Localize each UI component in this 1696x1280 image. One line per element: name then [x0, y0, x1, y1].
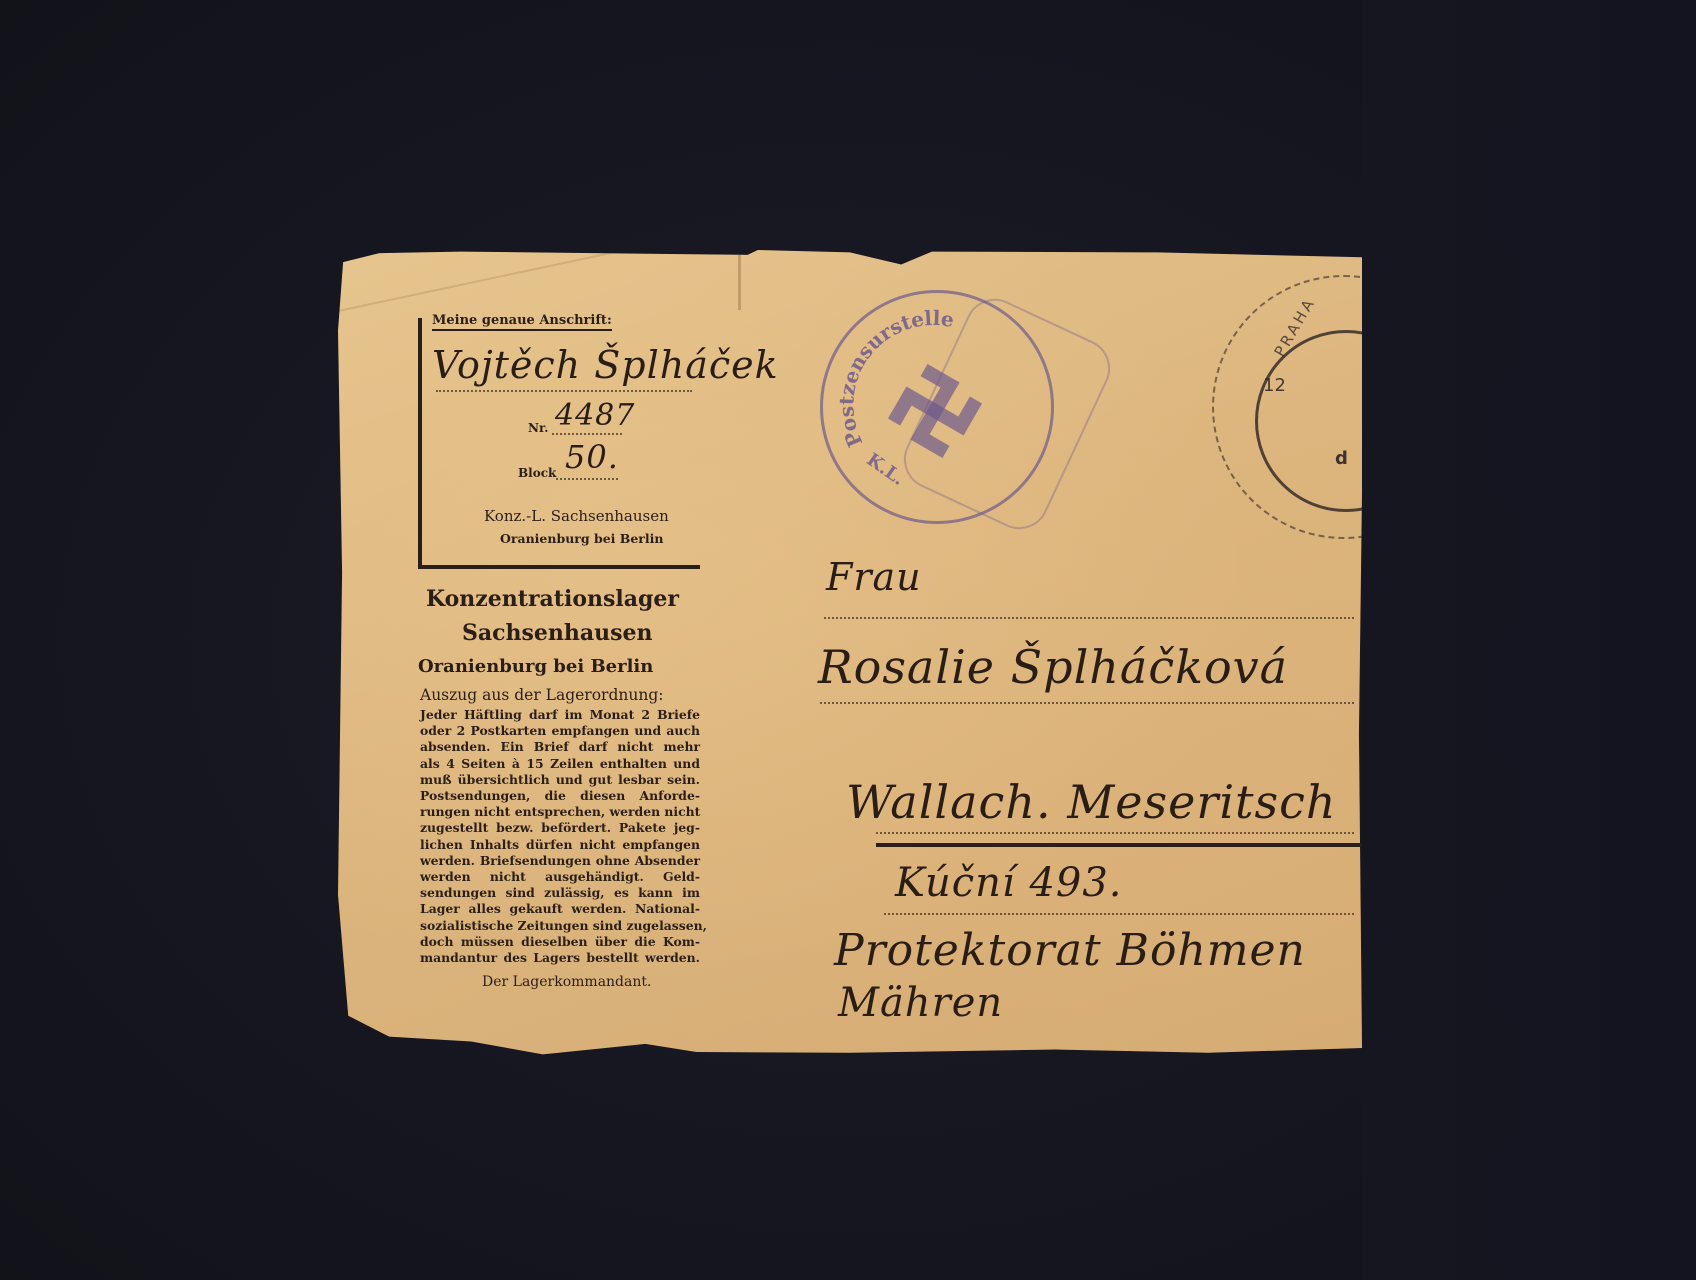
rules-text: Jeder Häftling darf im Monat 2 Briefeode…: [420, 707, 700, 966]
rules-line: werden nicht ausgehändigt. Geld-: [420, 869, 700, 885]
sender-name: Vojtěch Šplháček: [432, 343, 779, 387]
rules-line: Postsendungen, die diesen Anforde-: [420, 788, 700, 804]
rules-line: lichen Inhalts dürfen nicht empfangen: [420, 837, 700, 853]
rules-line: sendungen sind zulässig, es kann im: [420, 885, 700, 901]
rules-line: oder 2 Postkarten empfangen und auch: [420, 723, 700, 739]
paper-crease: [338, 248, 632, 312]
address-line-1: [824, 617, 1354, 619]
nr-label: Nr.: [528, 421, 548, 435]
block-value: 50.: [565, 438, 619, 476]
recipient-region-line2: Mähren: [838, 980, 1003, 1026]
town-underline-rule: [876, 843, 1362, 847]
nr-line: [552, 433, 622, 435]
recipient-region-line1: Protektorat Böhmen: [834, 925, 1306, 976]
postmark-number: 12: [1263, 375, 1286, 396]
rules-line: rungen nicht entsprechen, werden nicht: [420, 804, 700, 820]
block-line: [556, 478, 618, 480]
sender-heading: Meine genaue Anschrift:: [432, 313, 612, 331]
rules-line: werden. Briefsendungen ohne Absender: [420, 853, 700, 869]
recipient-street: Kúční 493.: [895, 860, 1123, 906]
rules-line: als 4 Seiten à 15 Zeilen enthalten und: [420, 756, 700, 772]
postmark-letter: d: [1335, 448, 1348, 469]
sender-box-bottom-rule: [418, 565, 700, 569]
rules-line: Jeder Häftling darf im Monat 2 Briefe: [420, 707, 700, 723]
address-line-3: [876, 832, 1354, 834]
paper-tear: [738, 250, 741, 310]
nr-value: 4487: [555, 398, 635, 433]
background-right: [1362, 0, 1696, 1280]
recipient-town: Wallach. Meseritsch: [846, 775, 1337, 829]
rules-signature: Der Lagerkommandant.: [482, 974, 651, 990]
rules-line: doch müssen dieselben über die Kom-: [420, 934, 700, 950]
rules-line: sozialistische Zeitungen sind zugelassen…: [420, 918, 700, 934]
camp-line: Konz.-L. Sachsenhausen: [484, 507, 669, 525]
rules-line: zugestellt bezw. befördert. Pakete jeg-: [420, 820, 700, 836]
recipient-salutation: Frau: [826, 555, 922, 599]
rules-line: absenden. Ein Brief darf nicht mehr: [420, 739, 700, 755]
block-label: Block: [518, 466, 556, 480]
location-line: Oranienburg bei Berlin: [500, 531, 663, 546]
rules-line: mandantur des Lagers bestellt werden.: [420, 950, 700, 966]
camp-subtitle: Oranienburg bei Berlin: [418, 656, 653, 677]
sender-name-line: [436, 390, 692, 392]
sender-box-left-rule: [418, 318, 422, 568]
rules-heading: Auszug aus der Lagerordnung:: [420, 686, 663, 704]
rules-line: muß übersichtlich und gut lesbar sein.: [420, 772, 700, 788]
recipient-name: Rosalie Šplháčková: [818, 640, 1288, 694]
camp-title-line2: Sachsenhausen: [462, 620, 653, 646]
rules-line: Lager alles gekauft werden. National-: [420, 901, 700, 917]
camp-title-line1: Konzentrationslager: [426, 586, 679, 612]
address-line-4: [884, 913, 1354, 915]
address-line-2: [820, 702, 1354, 704]
